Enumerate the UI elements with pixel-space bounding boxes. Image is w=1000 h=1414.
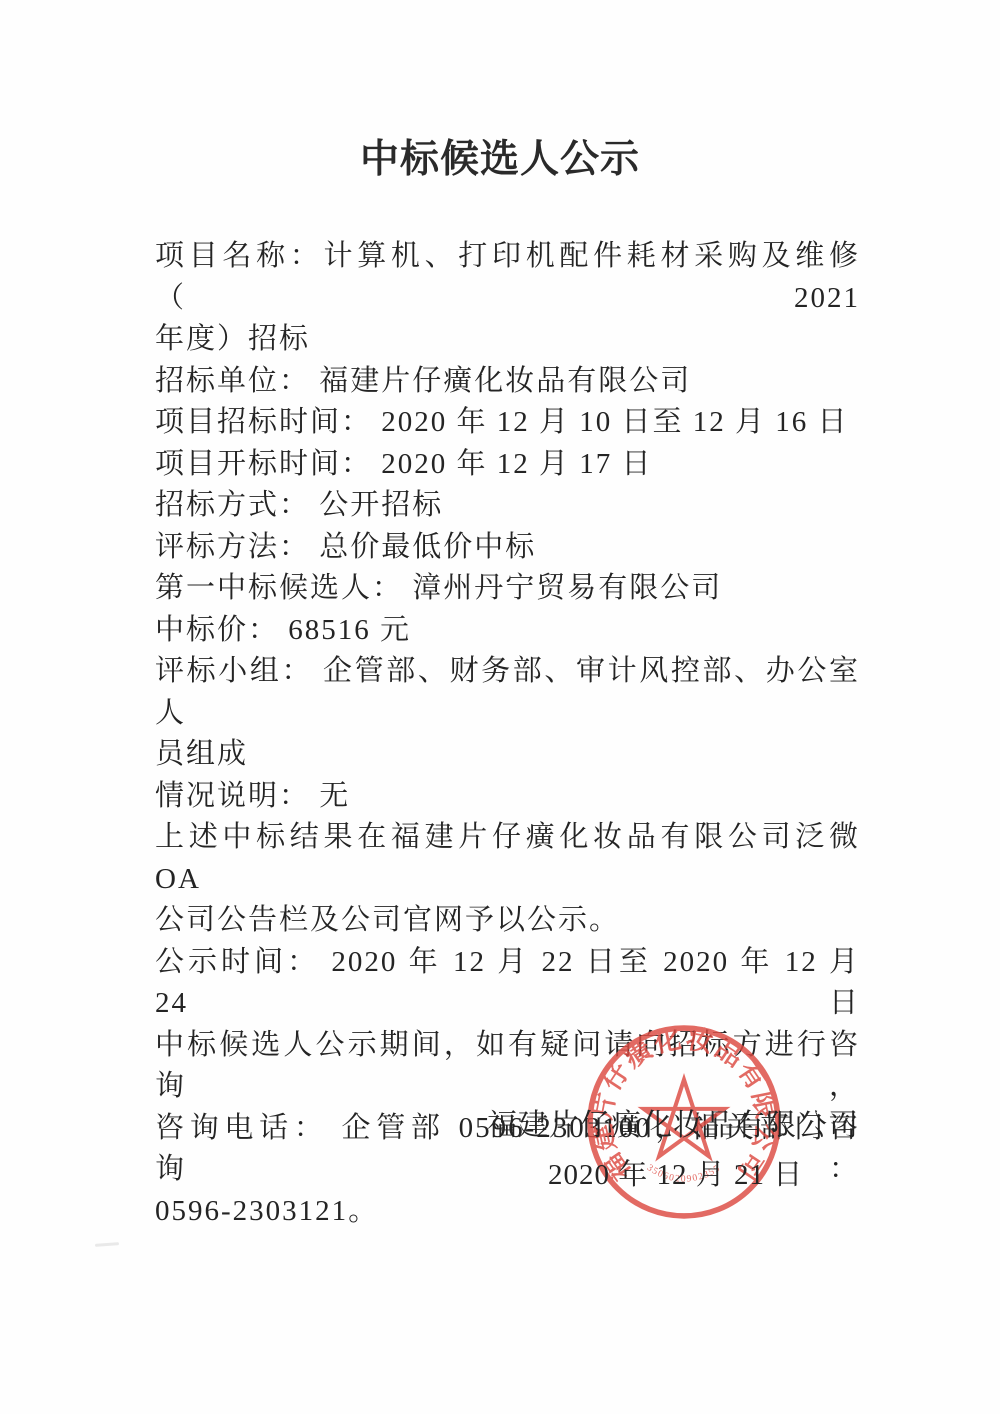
page-title: 中标候选人公示 bbox=[0, 128, 1000, 184]
body-line: 项目招标时间： 2020 年 12 月 10 日至 12 月 16 日 bbox=[155, 402, 860, 444]
body-line: 情况说明： 无 bbox=[155, 776, 860, 818]
signature-company-name: 福建片仔癀化妆品有限公司 bbox=[487, 1100, 859, 1144]
body-line: 项目开标时间： 2020 年 12 月 17 日 bbox=[155, 444, 860, 486]
body-line: 公司公告栏及公司官网予以公示。 bbox=[155, 900, 860, 942]
body-line: 员组成 bbox=[155, 734, 860, 776]
body-line: 评标方法： 总价最低价中标 bbox=[155, 527, 860, 569]
body-line: 项目名称：计算机、打印机配件耗材采购及维修（2021 bbox=[155, 236, 860, 319]
body-line: 招标单位： 福建片仔癀化妆品有限公司 bbox=[155, 361, 860, 403]
scan-smudge bbox=[95, 1242, 119, 1247]
body-line: 年度）招标 bbox=[155, 319, 860, 361]
body-line: 上述中标结果在福建片仔癀化妆品有限公司泛微 OA bbox=[155, 817, 860, 900]
body-line: 招标方式： 公开招标 bbox=[155, 485, 860, 527]
signature-date: 2020 年 12 月 21 日 bbox=[548, 1152, 803, 1193]
body-line: 公示时间： 2020 年 12 月 22 日至 2020 年 12 月 24 日 bbox=[155, 942, 860, 1025]
announcement-document: 中标候选人公示 项目名称：计算机、打印机配件耗材采购及维修（2021 年度）招标… bbox=[0, 0, 1000, 1414]
body-line: 第一中标候选人： 漳州丹宁贸易有限公司 bbox=[155, 568, 860, 610]
body-line: 中标价： 68516 元 bbox=[155, 610, 860, 652]
body-line: 评标小组： 企管部、财务部、审计风控部、办公室人 bbox=[155, 651, 860, 734]
